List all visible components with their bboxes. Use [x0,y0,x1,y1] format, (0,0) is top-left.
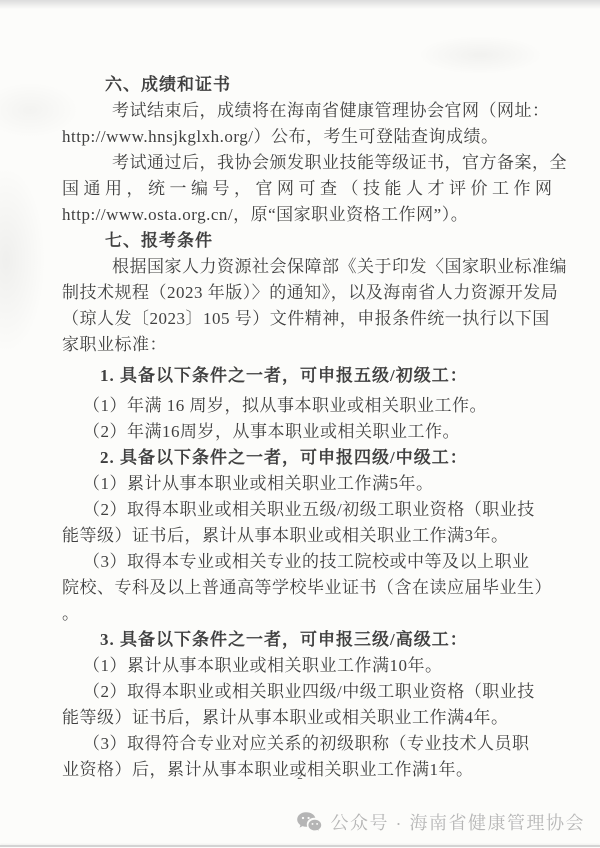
doc-heading-line: 2. 具备以下条件之一者，可申报四级/中级工： [62,445,544,471]
doc-text-line: （3）取得本专业或相关专业的技工院校或中等及以上职业 [62,549,544,575]
scan-edge-top [0,0,600,9]
doc-text-line: 国通用，统一编号，官网可查（技能人才评价工作网 [62,176,544,202]
doc-text-line: （1）累计从事本职业或相关职业工作满5年。 [62,471,544,497]
doc-heading-line: 3. 具备以下条件之一者，可申报三级/高级工： [62,627,544,653]
doc-text-line: （1）累计从事本职业或相关职业工作满10年。 [62,653,544,679]
doc-heading-line: 1. 具备以下条件之一者，可申报五级/初级工： [62,363,544,389]
watermark-text: 公众号 · 海南省健康管理协会 [331,809,586,835]
doc-text-line: （琼人发〔2023〕105 号）文件精神，申报条件统一执行以下国 [62,306,544,332]
doc-text-line: 能等级）证书后，累计从事本职业或相关职业工作满3年。 [62,523,544,549]
scan-edge-bottom [0,845,600,847]
doc-text-line: 考试结束后，成绩将在海南省健康管理协会官网（网址： [62,98,544,124]
scanned-document-page: 六、成绩和证书考试结束后，成绩将在海南省健康管理协会官网（网址：http://w… [0,0,600,848]
doc-text-line: 制技术规程（2023 年版）〉的通知》，以及海南省人力资源开发局 [62,280,544,306]
doc-text-line: 能等级）证书后，累计从事本职业或相关职业工作满4年。 [62,705,544,731]
doc-text-line: http://www.hnsjkglxh.org/）公布，考生可登陆查询成绩。 [62,124,544,150]
doc-text-line: 家职业标准： [62,332,544,358]
doc-text-line: （2）取得本职业或相关职业四级/中级工职业资格（职业技 [62,679,544,705]
document-content: 六、成绩和证书考试结束后，成绩将在海南省健康管理协会官网（网址：http://w… [0,72,600,783]
doc-text-line: http://www.osta.org.cn/，原“国家职业资格工作网”）。 [62,202,544,228]
doc-text-line: 根据国家人力资源社会保障部《关于印发〈国家职业标准编 [62,254,544,280]
doc-text-line: 院校、专科及以上普通高等学校毕业证书（含在读应届毕业生） [62,575,544,601]
doc-text-line: （1）年满 16 周岁，拟从事本职业或相关职业工作。 [62,393,544,419]
doc-text-line: 考试通过后，我协会颁发职业技能等级证书，官方备案，全 [62,150,544,176]
doc-heading-line: 七、报考条件 [62,228,544,254]
doc-text-line: （3）取得符合专业对应关系的初级职称（专业技术人员职 [62,731,544,757]
wechat-icon [296,811,322,833]
doc-text-line: 。 [62,601,544,627]
page-number: 2 [0,770,600,782]
doc-heading-line: 六、成绩和证书 [62,72,544,98]
doc-text-line: （2）年满16周岁，从事本职业或相关职业工作。 [62,419,544,445]
doc-text-line: （2）取得本职业或相关职业五级/初级工职业资格（职业技 [62,497,544,523]
watermark: 公众号 · 海南省健康管理协会 [296,809,586,835]
